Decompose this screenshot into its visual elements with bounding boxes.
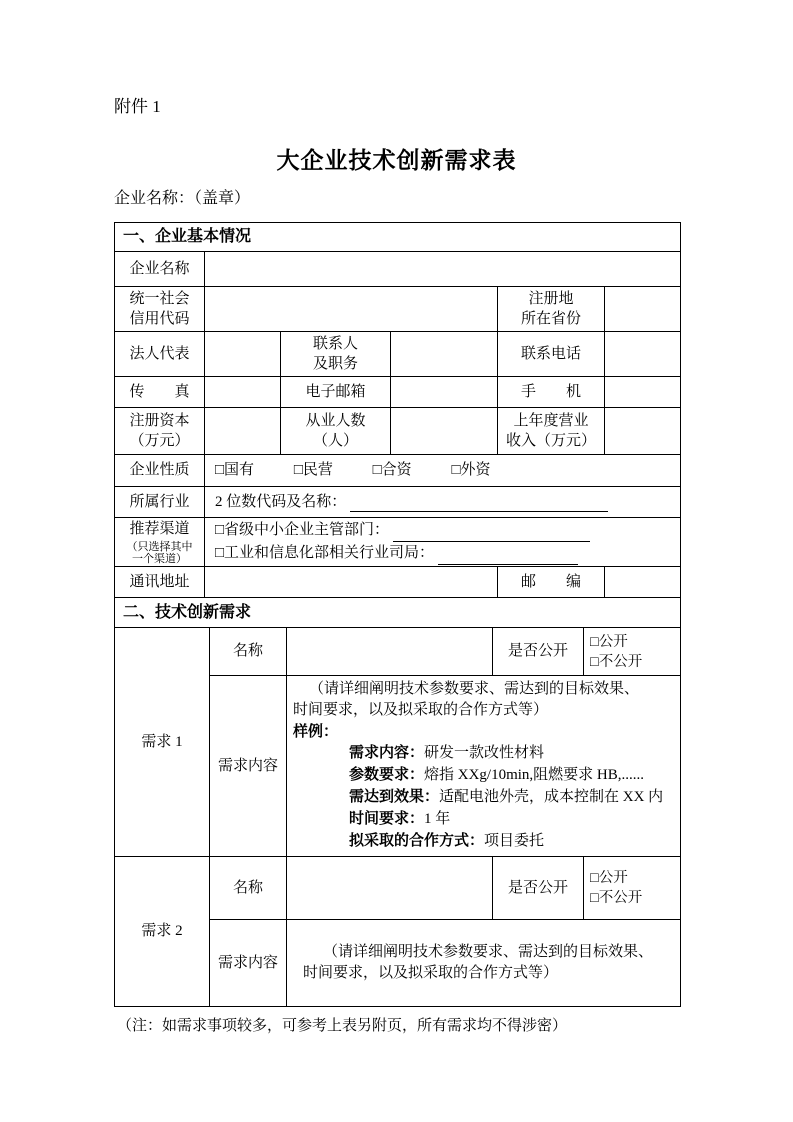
table-row: 传 真 电子邮箱 手 机 [115,377,681,408]
checkbox-joint-venture[interactable]: □合资 [373,462,412,478]
table-row: 企业名称 [115,252,681,287]
demand2-label: 需求 2 [115,857,210,1007]
employees-input-cell[interactable] [391,408,498,455]
table-row: 法人代表 联系人 及职务 联系电话 [115,332,681,377]
credit-code-input-cell[interactable] [205,287,498,332]
section2-header: 二、技术创新需求 [115,598,681,628]
hint-line: （请详细阐明技术参数要求、需达到的目标效果、 [293,942,676,963]
attachment-label: 附件 1 [114,95,793,119]
checkbox-provincial-dept[interactable]: □省级中小企业主管部门： [215,522,389,538]
sample-line: 拟采取的合作方式：项目委托 [293,830,676,852]
channel-note: （只选择其中 一个渠道） [119,541,200,565]
reg-capital-input-cell[interactable] [205,408,281,455]
channel-fill-line-1[interactable] [393,527,590,542]
nature-label: 企业性质 [115,455,205,487]
revenue-input-cell[interactable] [605,408,681,455]
channel-label: 推荐渠道 （只选择其中 一个渠道） [115,518,205,567]
table-row: 注册资本 （万元） 从业人数 （人） 上年度营业 收入（万元） [115,408,681,455]
postcode-input-cell[interactable] [605,567,681,598]
channel-fill-line-2[interactable] [438,550,578,565]
hint-line: 时间要求，以及拟采取的合作方式等） [293,700,676,721]
table-row: 二、技术创新需求 [115,598,681,628]
demand2-public-options-cell: □公开 □不公开 [584,857,681,920]
sample-line: 参数要求：熔指 XXg/10min,阻燃要求 HB,...... [293,764,676,786]
email-input-cell[interactable] [391,377,498,408]
company-seal-line: 企业名称：（盖章） [114,188,793,210]
postcode-label: 邮 编 [498,567,605,598]
company-name-label: 企业名称 [115,252,205,287]
innovation-demand-table: 二、技术创新需求 需求 1 名称 是否公开 □公开 □不公开 需求内容 （请详细… [114,597,681,1007]
sample-title: 样例： [293,721,676,742]
footer-note: （注：如需求事项较多，可参考上表另附页，所有需求均不得涉密） [117,1016,793,1037]
sample-line: 时间要求：1 年 [293,808,676,830]
demand2-name-input-cell[interactable] [287,857,493,920]
hint-line: 时间要求，以及拟采取的合作方式等） [293,963,676,984]
page-title: 大企业技术创新需求表 [0,145,793,175]
employees-label: 从业人数 （人） [281,408,391,455]
industry-cell: 2 位数代码及名称： [205,487,681,518]
contact-input-cell[interactable] [391,332,498,377]
checkbox-not-public[interactable]: □不公开 [590,652,676,672]
checkbox-foreign[interactable]: □外资 [451,462,490,478]
demand1-name-input-cell[interactable] [287,628,493,676]
fax-input-cell[interactable] [205,377,281,408]
industry-fill-line[interactable] [350,497,608,512]
industry-code-prefix: 2 位数代码及名称： [215,494,346,510]
checkbox-state-owned[interactable]: □国有 [215,462,254,478]
mobile-label: 手 机 [498,377,605,408]
reg-province-label: 注册地 所在省份 [498,287,605,332]
legal-rep-label: 法人代表 [115,332,205,377]
address-label: 通讯地址 [115,567,205,598]
table-row: 所属行业 2 位数代码及名称： [115,487,681,518]
demand1-public-options-cell: □公开 □不公开 [584,628,681,676]
checkbox-private[interactable]: □民营 [294,462,333,478]
credit-code-label: 统一社会 信用代码 [115,287,205,332]
legal-rep-input-cell[interactable] [205,332,281,377]
demand2-public-label: 是否公开 [493,857,584,920]
table-row: 推荐渠道 （只选择其中 一个渠道） □省级中小企业主管部门： □工业和信息化部相… [115,518,681,567]
table-row: 统一社会 信用代码 注册地 所在省份 [115,287,681,332]
contact-phone-label: 联系电话 [498,332,605,377]
address-input-cell[interactable] [205,567,498,598]
table-row: 需求 1 名称 是否公开 □公开 □不公开 [115,628,681,676]
demand1-public-label: 是否公开 [493,628,584,676]
demand2-content-label: 需求内容 [210,920,287,1007]
mobile-input-cell[interactable] [605,377,681,408]
hint-line: （请详细阐明技术参数要求、需达到的目标效果、 [293,679,676,700]
table-row: 企业性质 □国有 □民营 □合资 □外资 [115,455,681,487]
checkbox-public[interactable]: □公开 [590,868,676,888]
demand2-content-cell[interactable]: （请详细阐明技术参数要求、需达到的目标效果、 时间要求，以及拟采取的合作方式等） [287,920,681,1007]
demand2-name-label: 名称 [210,857,287,920]
nature-options-cell: □国有 □民营 □合资 □外资 [205,455,681,487]
demand1-content-label: 需求内容 [210,676,287,857]
demand1-content-cell[interactable]: （请详细阐明技术参数要求、需达到的目标效果、 时间要求，以及拟采取的合作方式等）… [287,676,681,857]
table-row: 需求 2 名称 是否公开 □公开 □不公开 [115,857,681,920]
sample-line: 需达到效果：适配电池外壳，成本控制在 XX 内 [293,786,676,808]
table-row: 一、企业基本情况 [115,223,681,252]
checkbox-miit-bureau[interactable]: □工业和信息化部相关行业司局： [215,545,434,561]
table-row: 通讯地址 邮 编 [115,567,681,598]
basic-info-table: 一、企业基本情况 企业名称 统一社会 信用代码 注册地 所在省份 法人代表 [114,222,681,598]
section1-header: 一、企业基本情况 [115,223,681,252]
company-name-input-cell[interactable] [205,252,681,287]
fax-label: 传 真 [115,377,205,408]
sample-line: 需求内容：研发一款改性材料 [293,742,676,764]
contact-label: 联系人 及职务 [281,332,391,377]
channel-options-cell: □省级中小企业主管部门： □工业和信息化部相关行业司局： [205,518,681,567]
revenue-label: 上年度营业 收入（万元） [498,408,605,455]
demand1-name-label: 名称 [210,628,287,676]
reg-capital-label: 注册资本 （万元） [115,408,205,455]
form-table: 一、企业基本情况 企业名称 统一社会 信用代码 注册地 所在省份 法人代表 [114,222,680,1007]
industry-label: 所属行业 [115,487,205,518]
email-label: 电子邮箱 [281,377,391,408]
document-page: 附件 1 大企业技术创新需求表 企业名称：（盖章） 一、企业基本情况 企业名称 … [0,0,793,1122]
contact-phone-input-cell[interactable] [605,332,681,377]
checkbox-public[interactable]: □公开 [590,632,676,652]
checkbox-not-public[interactable]: □不公开 [590,888,676,908]
reg-province-input-cell[interactable] [605,287,681,332]
demand1-label: 需求 1 [115,628,210,857]
